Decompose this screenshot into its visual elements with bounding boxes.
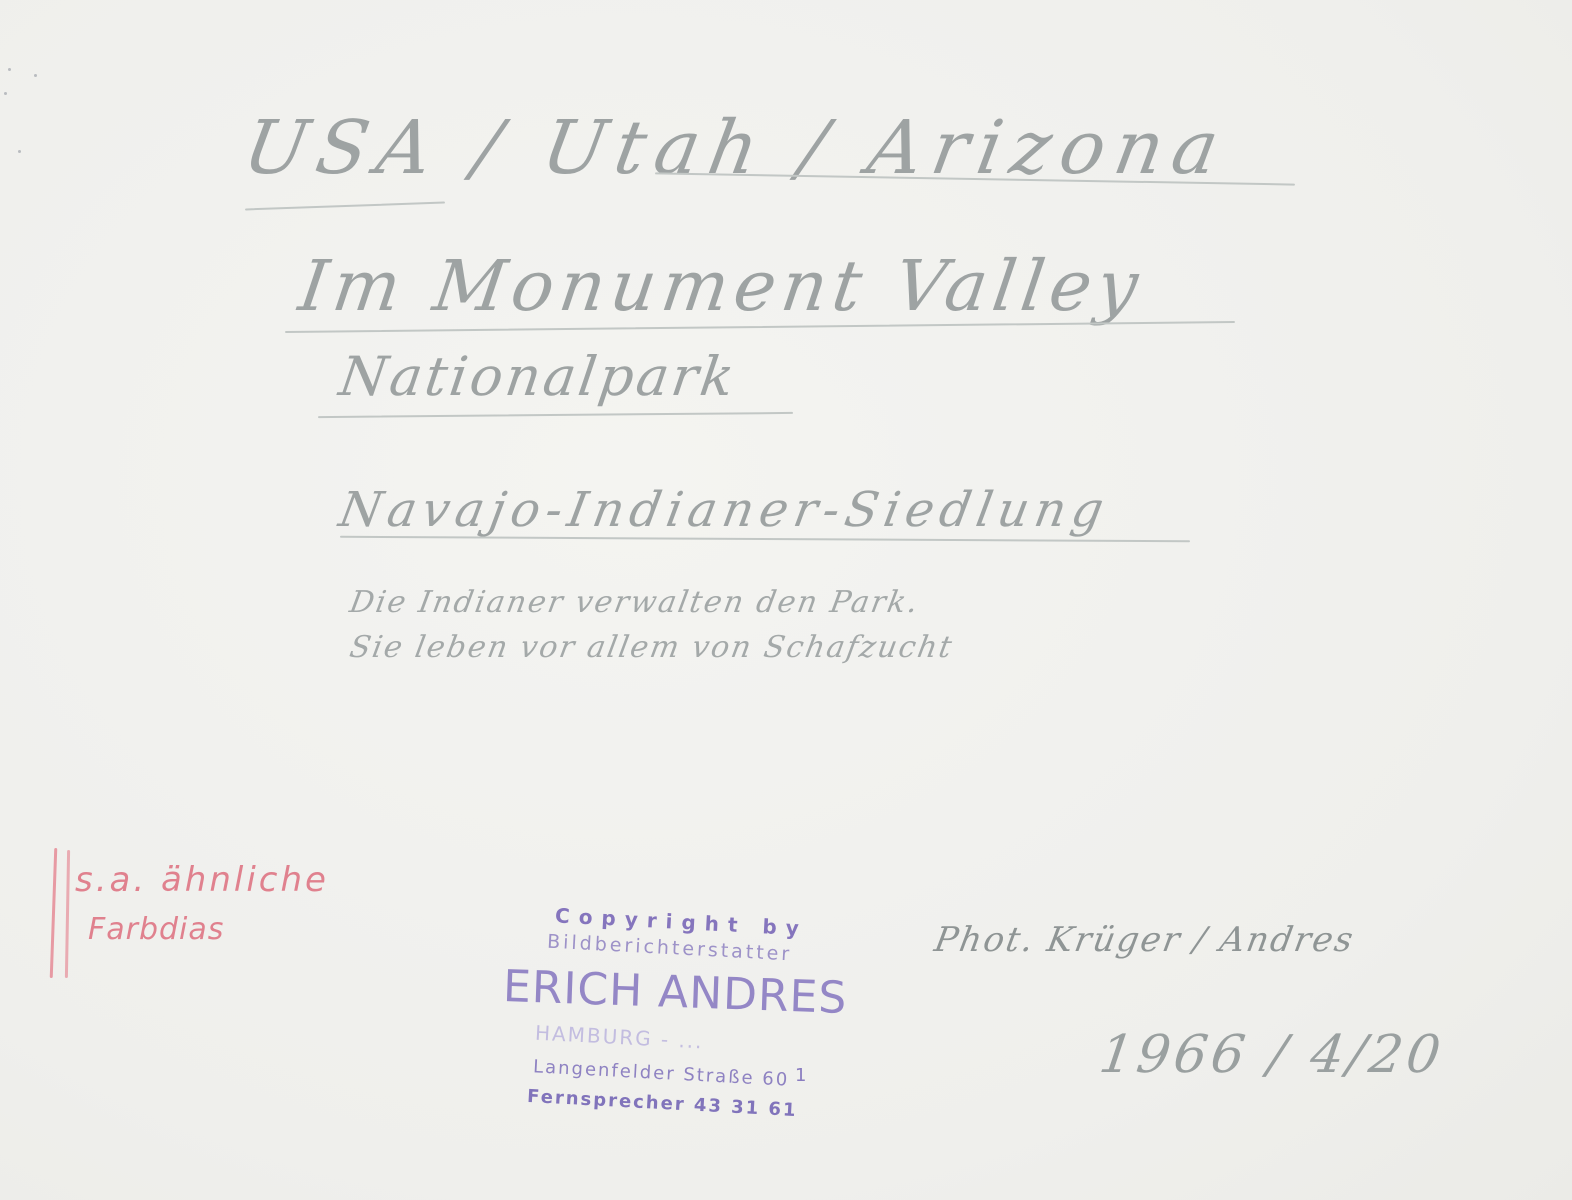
paper-speck xyxy=(4,92,7,95)
note-line-2: Sie leben vor allem von Schafzucht xyxy=(347,630,956,665)
photo-verso-paper: USA / Utah / Arizona Im Monument Valley … xyxy=(0,0,1572,1200)
stamp-city: HAMBURG - ... xyxy=(534,1021,704,1054)
paper-speck xyxy=(18,150,21,153)
copyright-stamp: Copyright by Bildberichterstatter ERICH … xyxy=(495,905,875,1145)
paper-speck xyxy=(8,68,11,71)
red-annotation-line-2: Farbdias xyxy=(88,912,224,947)
location-underline xyxy=(245,202,445,211)
red-margin-bar-2 xyxy=(65,850,70,978)
stamp-photographer-name: ERICH ANDRES xyxy=(502,961,848,1024)
paper-speck xyxy=(34,74,37,77)
park-heading: Nationalpark xyxy=(336,345,741,408)
note-line-1: Die Indianer verwalten den Park. xyxy=(347,585,922,620)
place-heading: Im Monument Valley xyxy=(294,245,1149,327)
stamp-phone: Fernsprecher 43 31 61 xyxy=(527,1086,798,1121)
red-margin-bar-1 xyxy=(50,848,58,978)
location-heading: USA / Utah / Arizona xyxy=(237,105,1234,191)
archive-date: 1966 / 4/20 xyxy=(1096,1025,1448,1085)
stamp-city-suffix: 1 xyxy=(795,1065,806,1086)
photo-credit: Phot. Krüger / Andres xyxy=(931,920,1357,960)
stamp-address: Langenfelder Straße 60 xyxy=(533,1056,790,1090)
subject-heading: Navajo-Indianer-Siedlung xyxy=(335,482,1114,538)
park-underline xyxy=(318,412,793,418)
red-annotation-line-1: s.a. ähnliche xyxy=(75,860,329,900)
